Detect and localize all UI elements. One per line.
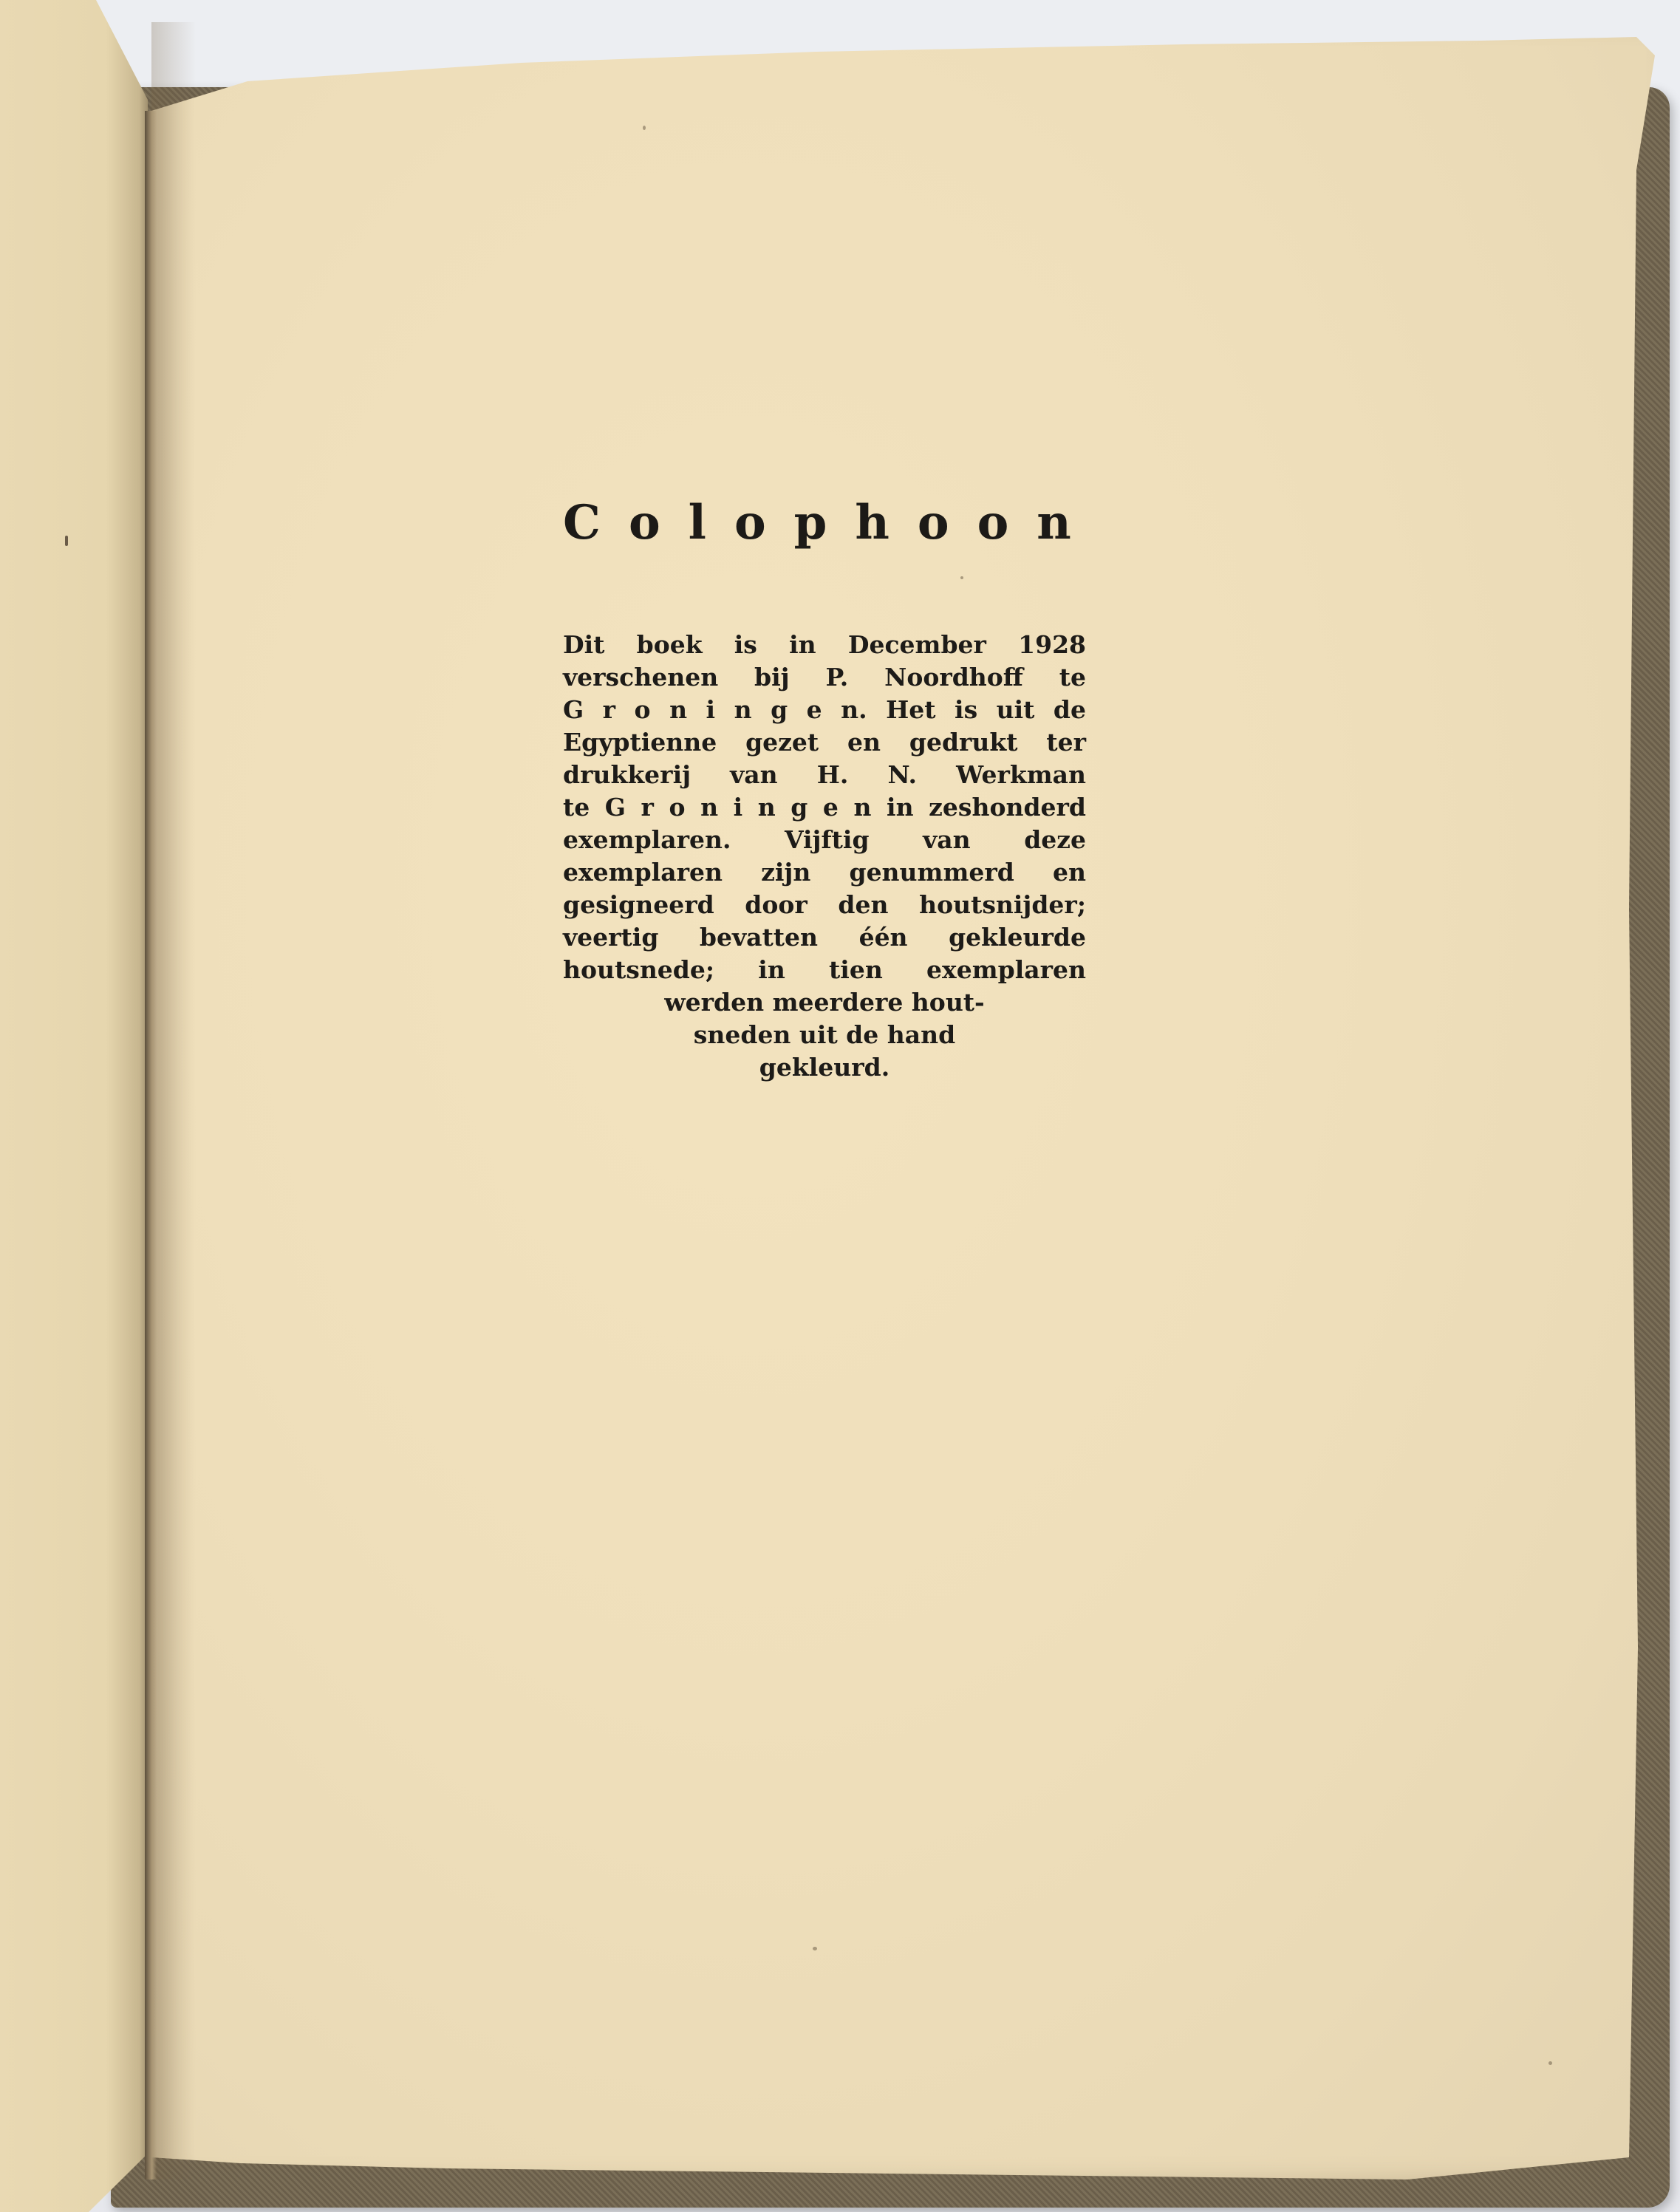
book-gutter bbox=[145, 111, 157, 2179]
colophon-body: Dit boek is in December 1928 verschenen … bbox=[563, 629, 1086, 1084]
colophon-line: G r o n i n g e n. Het is uit de bbox=[563, 694, 1086, 726]
colophon-line: exemplaren zijn genummerd en bbox=[563, 856, 1086, 889]
colophon-title: Colophoon bbox=[563, 488, 1086, 559]
colophon-line: Egyptienne gezet en gedrukt ter bbox=[563, 726, 1086, 759]
paper-speck bbox=[1548, 2061, 1552, 2065]
right-page bbox=[151, 22, 1655, 2179]
colophon-text-block: Colophoon Dit boek is in December 1928 v… bbox=[563, 488, 1086, 1084]
colophon-line: Dit boek is in December 1928 bbox=[563, 629, 1086, 661]
paper-speck bbox=[813, 1947, 817, 1950]
colophon-line: exemplaren. Vijftig van deze bbox=[563, 824, 1086, 856]
colophon-line: gekleurd. bbox=[563, 1051, 1086, 1084]
colophon-line: gesigneerd door den houtsnijder; bbox=[563, 889, 1086, 921]
colophon-line: drukkerij van H. N. Werkman bbox=[563, 759, 1086, 791]
paper-speck bbox=[643, 126, 646, 130]
colophon-line: sneden uit de hand bbox=[563, 1019, 1086, 1051]
colophon-line: te G r o n i n g e n in zeshonderd bbox=[563, 791, 1086, 824]
colophon-line: veertig bevatten één gekleurde bbox=[563, 921, 1086, 954]
colophon-line: verschenen bij P. Noordhoff te bbox=[563, 661, 1086, 694]
colophon-line: houtsnede; in tien exemplaren bbox=[563, 954, 1086, 986]
colophon-line: werden meerdere hout- bbox=[563, 986, 1086, 1019]
left-page bbox=[0, 0, 151, 2212]
left-page-mark bbox=[65, 536, 68, 546]
